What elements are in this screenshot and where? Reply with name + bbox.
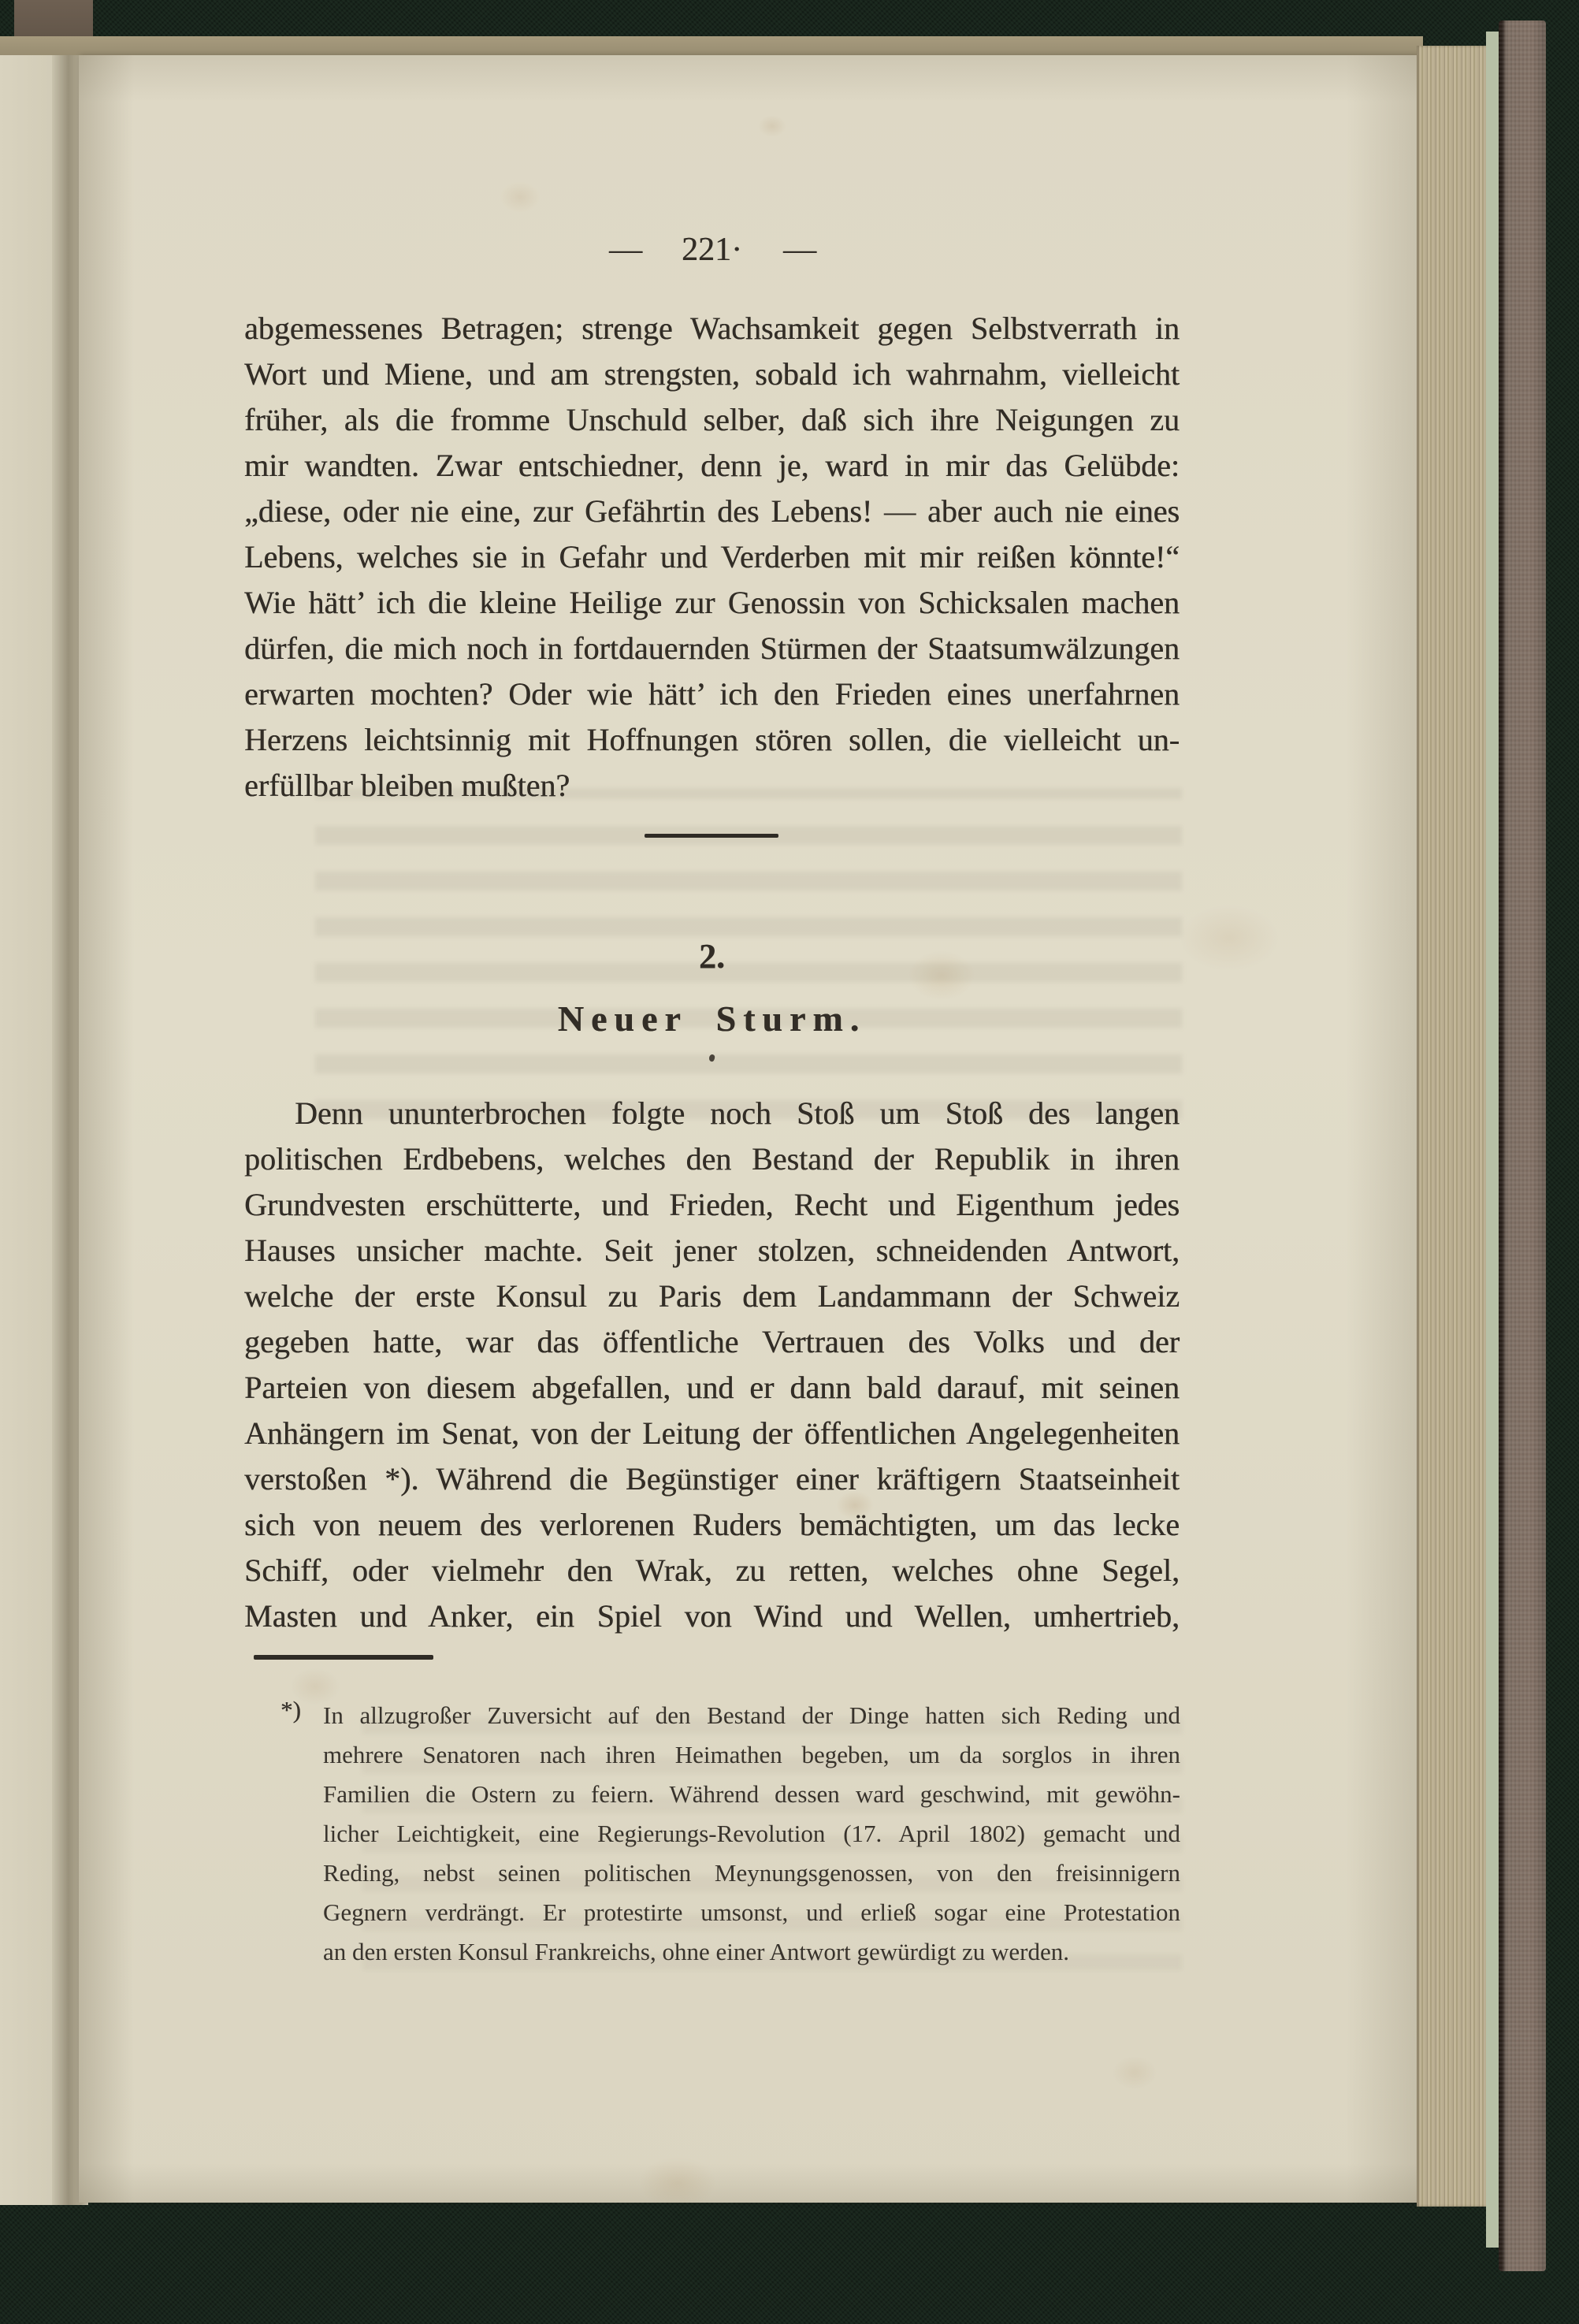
section-divider-rule — [645, 834, 778, 838]
text-line: Wie hätt’ ich die kleine Heilige zur Gen… — [244, 580, 1180, 626]
text-line: Anhängern im Senat, von der Leitung der … — [244, 1411, 1180, 1456]
footnote: In allzugroßer Zuversicht auf den Bestan… — [323, 1696, 1180, 1972]
text-line: Wort und Miene, und am strengsten, sobal… — [244, 351, 1180, 397]
text-line: Familien die Ostern zu feiern. Während d… — [323, 1775, 1180, 1814]
text-line: Hauses unsicher machte. Seit jener stolz… — [244, 1228, 1180, 1274]
text-line: mehrere Senatoren nach ihren Heimathen b… — [323, 1735, 1180, 1775]
endpaper-sliver — [1486, 32, 1499, 2248]
book-page: — 221· — abgemessenes Betragen; strenge … — [79, 55, 1417, 2203]
text-line: Parteien von diesem abgefallen, und er d… — [244, 1365, 1180, 1411]
text-line: licher Leichtigkeit, eine Regierungs-Rev… — [323, 1814, 1180, 1854]
text-line: Masten und Anker, ein Spiel von Wind und… — [244, 1593, 1180, 1639]
page-fore-edge — [1417, 46, 1486, 2207]
body-paragraph-2: Denn ununterbrochen folgte noch Stoß um … — [244, 1091, 1180, 1639]
text-line: Gegnern verdrängt. Er protestirte umsons… — [323, 1893, 1180, 1932]
page-number-dash: — — [783, 231, 815, 269]
text-line: gegeben hatte, war das öffentliche Vertr… — [244, 1319, 1180, 1365]
page-number-value: 221· — [682, 231, 742, 269]
body-paragraph-1: abgemessenes Betragen; strenge Wachsamke… — [244, 306, 1180, 809]
text-line: verstoßen *). Während die Begünstiger ei… — [244, 1456, 1180, 1502]
text-line: Lebens, welches sie in Gefahr und Verder… — [244, 534, 1180, 580]
text-line: mir wandten. Zwar entschiedner, denn je,… — [244, 443, 1180, 489]
text-line: Denn ununterbrochen folgte noch Stoß um … — [244, 1091, 1180, 1136]
page-number: — 221· — — [244, 231, 1180, 269]
text-line: Grundvesten erschütterte, und Frieden, R… — [244, 1182, 1180, 1228]
section-title: Neuer Sturm. — [244, 998, 1180, 1039]
text-line: Herzens leichtsinnig mit Hoffnungen stör… — [244, 717, 1180, 763]
book-cover-edge — [1499, 20, 1546, 2271]
text-line: In allzugroßer Zuversicht auf den Bestan… — [323, 1696, 1180, 1735]
text-line: politischen Erdbebens, welches den Besta… — [244, 1136, 1180, 1182]
text-line: Reding, nebst seinen politischen Meynung… — [323, 1854, 1180, 1893]
section-number: 2. — [244, 936, 1180, 976]
photo-background: — 221· — abgemessenes Betragen; strenge … — [0, 0, 1579, 2324]
text-line: erfüllbar bleiben mußten? — [244, 763, 1180, 809]
page-number-dash: — — [609, 231, 641, 269]
text-line: an den ersten Konsul Frankreichs, ohne e… — [323, 1932, 1180, 1972]
text-line: früher, als die fromme Unschuld selber, … — [244, 397, 1180, 443]
footnote-divider-rule — [254, 1655, 433, 1660]
text-line: erwarten mochten? Oder wie hätt’ ich den… — [244, 671, 1180, 717]
facing-page-sliver — [0, 55, 52, 2205]
text-line: abgemessenes Betragen; strenge Wachsamke… — [244, 306, 1180, 351]
text-line: Schiff, oder vielmehr den Wrak, zu rette… — [244, 1548, 1180, 1593]
footnote-marker: *) — [281, 1696, 301, 1724]
text-line: welche der erste Konsul zu Paris dem Lan… — [244, 1274, 1180, 1319]
text-line: sich von neuem des verlorenen Ruders bem… — [244, 1502, 1180, 1548]
text-line: dürfen, die mich noch in fortdauernden S… — [244, 626, 1180, 671]
text-line: „diese, oder nie eine, zur Gefährtin des… — [244, 489, 1180, 534]
